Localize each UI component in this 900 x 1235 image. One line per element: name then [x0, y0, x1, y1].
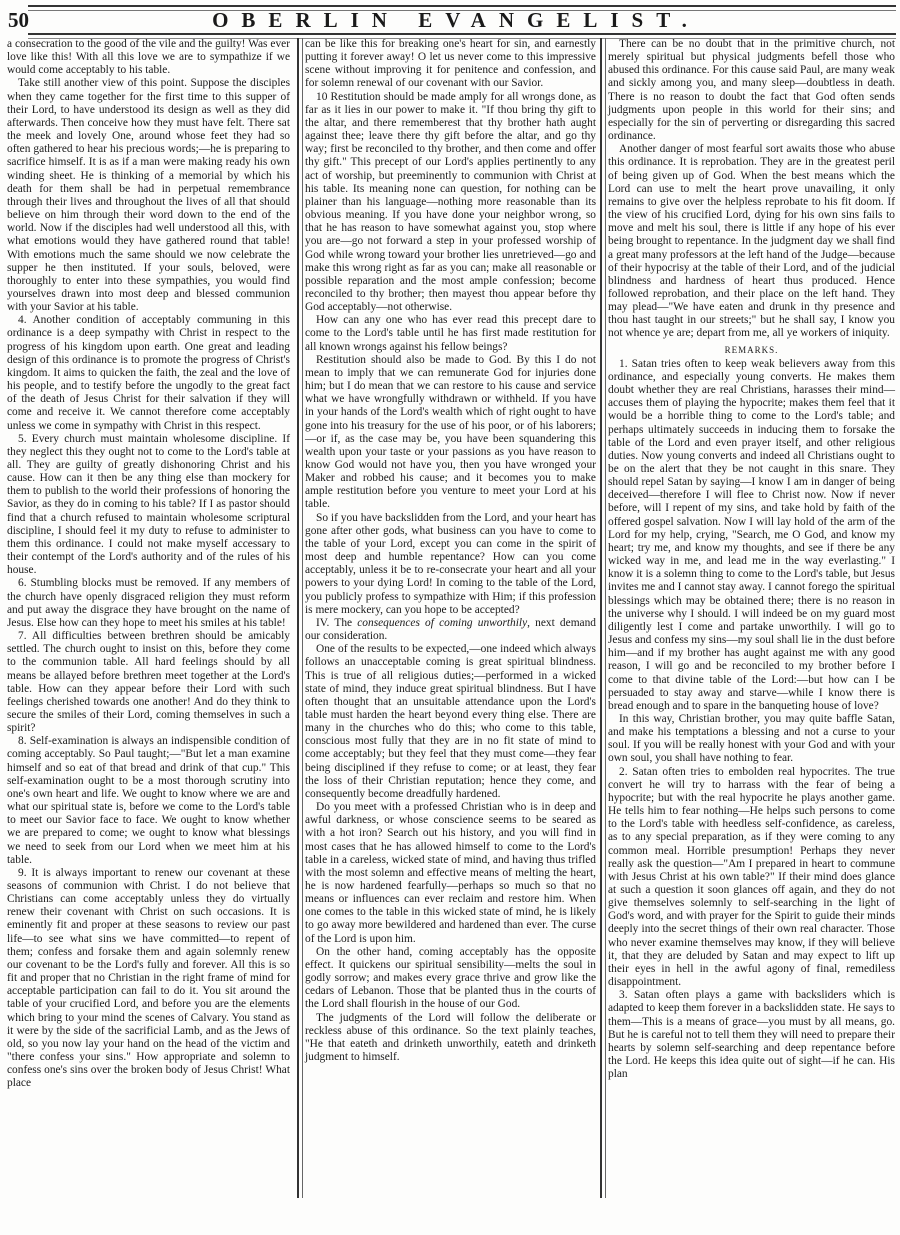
paragraph: Take still another view of this point. S… [7, 77, 290, 314]
paragraph: 3. Satan often plays a game with backsli… [608, 989, 895, 1081]
column-divider [600, 38, 606, 1198]
paragraph: 5. Every church must maintain wholesome … [7, 433, 290, 578]
paragraph: 2. Satan often tries to embolden real hy… [608, 766, 895, 990]
page-number: 50 [8, 9, 29, 31]
column-divider [297, 38, 303, 1198]
section-prefix: IV. The [316, 617, 357, 629]
paragraph: 9. It is always important to renew our c… [7, 867, 290, 1091]
masthead: 50 OBERLIN EVANGELIST. [8, 9, 898, 31]
newspaper-page: 50 OBERLIN EVANGELIST. a consecration to… [0, 0, 900, 1235]
paragraph: Do you meet with a professed Christian w… [305, 801, 596, 946]
section-title-italic: consequences of coming unworthily [357, 617, 527, 629]
newspaper-title: OBERLIN EVANGELIST. [146, 9, 766, 31]
paragraph: can be like this for breaking one's hear… [305, 38, 596, 91]
paragraph: On the other hand, coming acceptably has… [305, 946, 596, 1012]
paragraph: 8. Self-examination is always an indispe… [7, 735, 290, 867]
section-heading-paragraph: IV. The consequences of coming unworthil… [305, 617, 596, 643]
paragraph: 6. Stumbling blocks must be removed. If … [7, 577, 290, 630]
remarks-heading: REMARKS. [608, 344, 895, 357]
paragraph: a consecration to the good of the vile a… [7, 38, 290, 77]
paragraph: The judgments of the Lord will follow th… [305, 1012, 596, 1065]
paragraph: 4. Another condition of acceptably commu… [7, 314, 290, 432]
paragraph: 7. All difficulties between brethren sho… [7, 630, 290, 735]
column-left: a consecration to the good of the vile a… [7, 38, 290, 1091]
column-right: There can be no doubt that in the primit… [608, 38, 895, 1081]
paragraph: How can any one who has ever read this p… [305, 314, 596, 353]
paragraph: One of the results to be expected,—one i… [305, 643, 596, 801]
paragraph: 10 Restitution should be made amply for … [305, 91, 596, 315]
paragraph: In this way, Christian brother, you may … [608, 713, 895, 766]
paragraph: There can be no doubt that in the primit… [608, 38, 895, 143]
paragraph: 1. Satan tries often to keep weak believ… [608, 358, 895, 713]
paragraph: Restitution should also be made to God. … [305, 354, 596, 512]
paragraph: Another danger of most fearful sort awai… [608, 143, 895, 340]
column-middle: can be like this for breaking one's hear… [305, 38, 596, 1064]
paragraph: So if you have backslidden from the Lord… [305, 512, 596, 617]
